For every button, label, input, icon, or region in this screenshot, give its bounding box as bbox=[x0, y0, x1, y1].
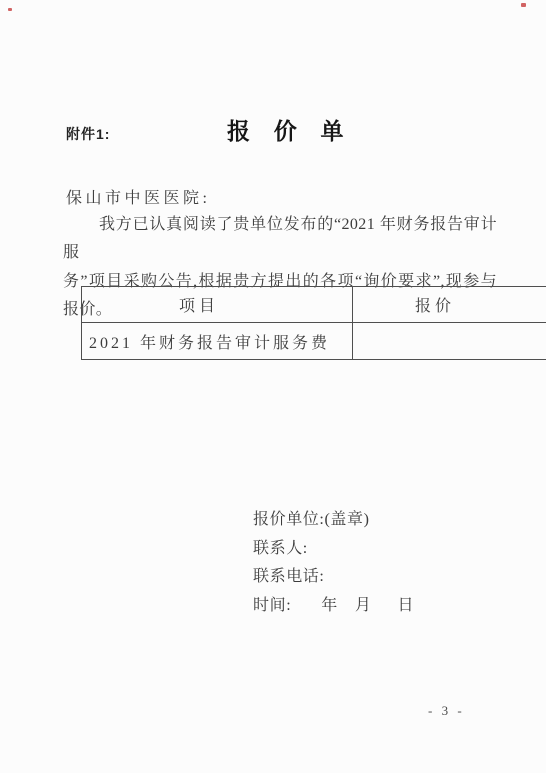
document-page: 附件1: 报 价 单 保山市中医医院: 我方已认真阅读了贵单位发布的“2021 … bbox=[0, 0, 546, 773]
document-header: 附件1: 报 价 单 bbox=[66, 113, 480, 146]
date-label: 时间: bbox=[253, 597, 291, 614]
table-header-price: 报价 bbox=[353, 287, 546, 323]
table-header-row: 项目 报价 bbox=[82, 287, 546, 323]
page-title: 报 价 单 bbox=[110, 113, 466, 146]
salutation: 保山市中医医院: bbox=[66, 185, 210, 208]
date-line: 时间:年月日 bbox=[253, 592, 414, 621]
page-number: - 3 - bbox=[428, 703, 465, 719]
date-field-day: 日 bbox=[397, 597, 414, 614]
table-cell-item: 2021 年财务报告审计服务费 bbox=[82, 323, 353, 360]
contact-phone-label: 联系电话: bbox=[253, 563, 414, 592]
date-field-month: 月 bbox=[355, 597, 372, 614]
red-scan-speck-right bbox=[521, 3, 526, 7]
contact-person-label: 联系人: bbox=[253, 535, 414, 564]
quoting-unit-label: 报价单位:(盖章) bbox=[253, 506, 414, 535]
red-scan-speck-left bbox=[8, 8, 12, 11]
table-header-item: 项目 bbox=[82, 287, 353, 323]
quotation-table: 项目 报价 2021 年财务报告审计服务费 bbox=[81, 286, 546, 360]
signature-block: 报价单位:(盖章) 联系人: 联系电话: 时间:年月日 bbox=[253, 506, 414, 620]
attachment-label: 附件1: bbox=[66, 124, 110, 144]
table-row: 2021 年财务报告审计服务费 bbox=[82, 323, 546, 360]
date-field-year: 年 bbox=[321, 597, 338, 614]
table-cell-price-empty bbox=[353, 323, 546, 360]
paragraph-line: 我方已认真阅读了贵单位发布的“2021 年财务报告审计服 bbox=[63, 211, 497, 268]
